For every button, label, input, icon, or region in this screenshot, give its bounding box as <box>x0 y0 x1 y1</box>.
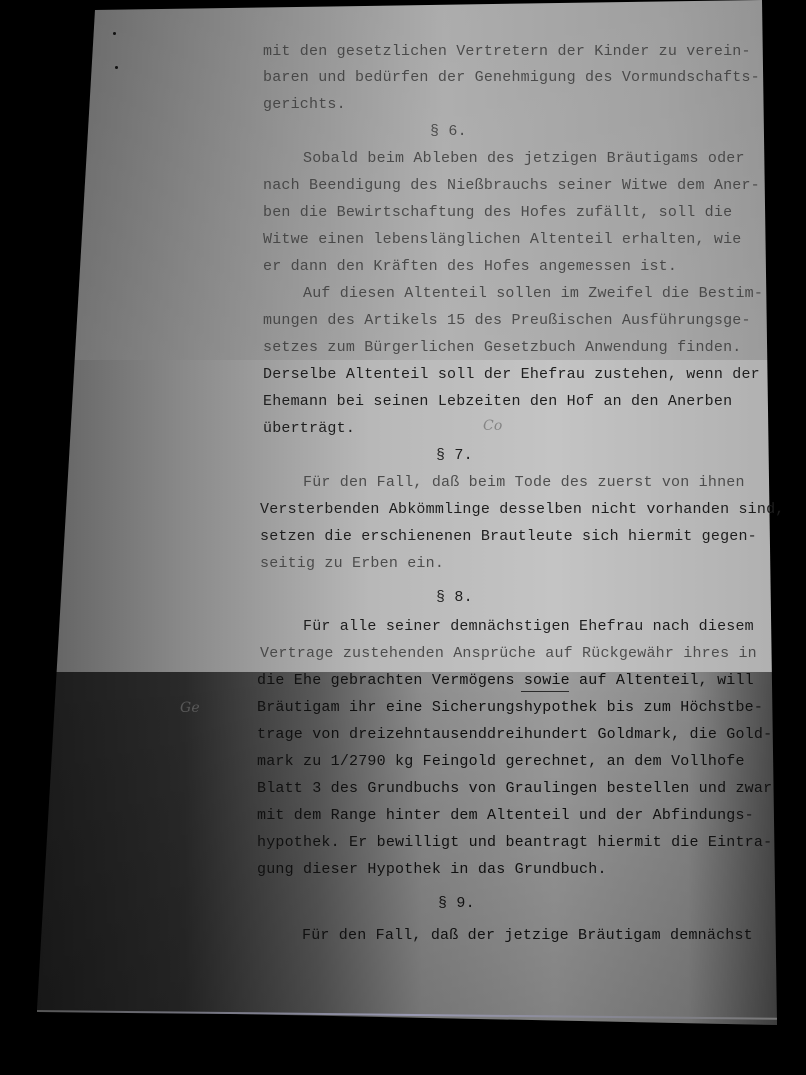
text-line: Für den Fall, daß beim Tode des zuerst v… <box>303 475 745 490</box>
text-line: baren und bedürfen der Genehmigung des V… <box>263 70 760 85</box>
text-line: mit den gesetzlichen Vertretern der Kind… <box>263 44 751 59</box>
section-heading-7: § 7. <box>436 448 473 463</box>
handwritten-mark: Co <box>483 418 503 434</box>
section-heading-6: § 6. <box>430 124 467 139</box>
document-text: mit den gesetzlichen Vertretern der Kind… <box>0 0 806 1075</box>
section-heading-8: § 8. <box>436 590 473 605</box>
text-line: ben die Bewirtschaftung des Hofes zufäll… <box>263 205 732 220</box>
text-line: nach Beendigung des Nießbrauchs seiner W… <box>263 178 760 193</box>
section-heading-9: § 9. <box>438 896 475 911</box>
text-line: die Ehe gebrachten Vermögens sowie auf A… <box>257 673 754 688</box>
text-line: hypothek. Er bewilligt und beantragt hie… <box>257 835 772 850</box>
text-line: Auf diesen Altenteil sollen im Zweifel d… <box>303 286 763 301</box>
text-line: Ehemann bei seinen Lebzeiten den Hof an … <box>263 394 732 409</box>
text-line: setzen die erschienenen Brautleute sich … <box>260 529 757 544</box>
text-line: setzes zum Bürgerlichen Gesetzbuch Anwen… <box>263 340 741 355</box>
text-line: Bräutigam ihr eine Sicherungshypothek bi… <box>257 700 763 715</box>
text-line: Vertrage zustehenden Ansprüche auf Rückg… <box>260 646 757 661</box>
text-line: überträgt. <box>263 421 355 436</box>
underline-mark <box>521 691 569 692</box>
text-line: gerichts. <box>263 97 346 112</box>
text-line: mungen des Artikels 15 des Preußischen A… <box>263 313 751 328</box>
text-line: Versterbenden Abkömmlinge desselben nich… <box>260 502 784 517</box>
text-line: mit dem Range hinter dem Altenteil und d… <box>257 808 754 823</box>
text-line: Derselbe Altenteil soll der Ehefrau zust… <box>263 367 760 382</box>
text-line: Witwe einen lebenslänglichen Altenteil e… <box>263 232 741 247</box>
text-line: mark zu 1/2790 kg Feingold gerechnet, an… <box>257 754 745 769</box>
text-line: gung dieser Hypothek in das Grundbuch. <box>257 862 607 877</box>
text-line: er dann den Kräften des Hofes angemessen… <box>263 259 677 274</box>
text-line: trage von dreizehntausenddreihundert Gol… <box>257 727 772 742</box>
text-line: seitig zu Erben ein. <box>260 556 444 571</box>
text-line: Für alle seiner demnächstigen Ehefrau na… <box>303 619 754 634</box>
text-line: Für den Fall, daß der jetzige Bräutigam … <box>302 928 753 943</box>
handwritten-mark: Ge <box>180 700 200 716</box>
text-line: Blatt 3 des Grundbuchs von Graulingen be… <box>257 781 772 796</box>
text-line: Sobald beim Ableben des jetzigen Bräutig… <box>303 151 745 166</box>
